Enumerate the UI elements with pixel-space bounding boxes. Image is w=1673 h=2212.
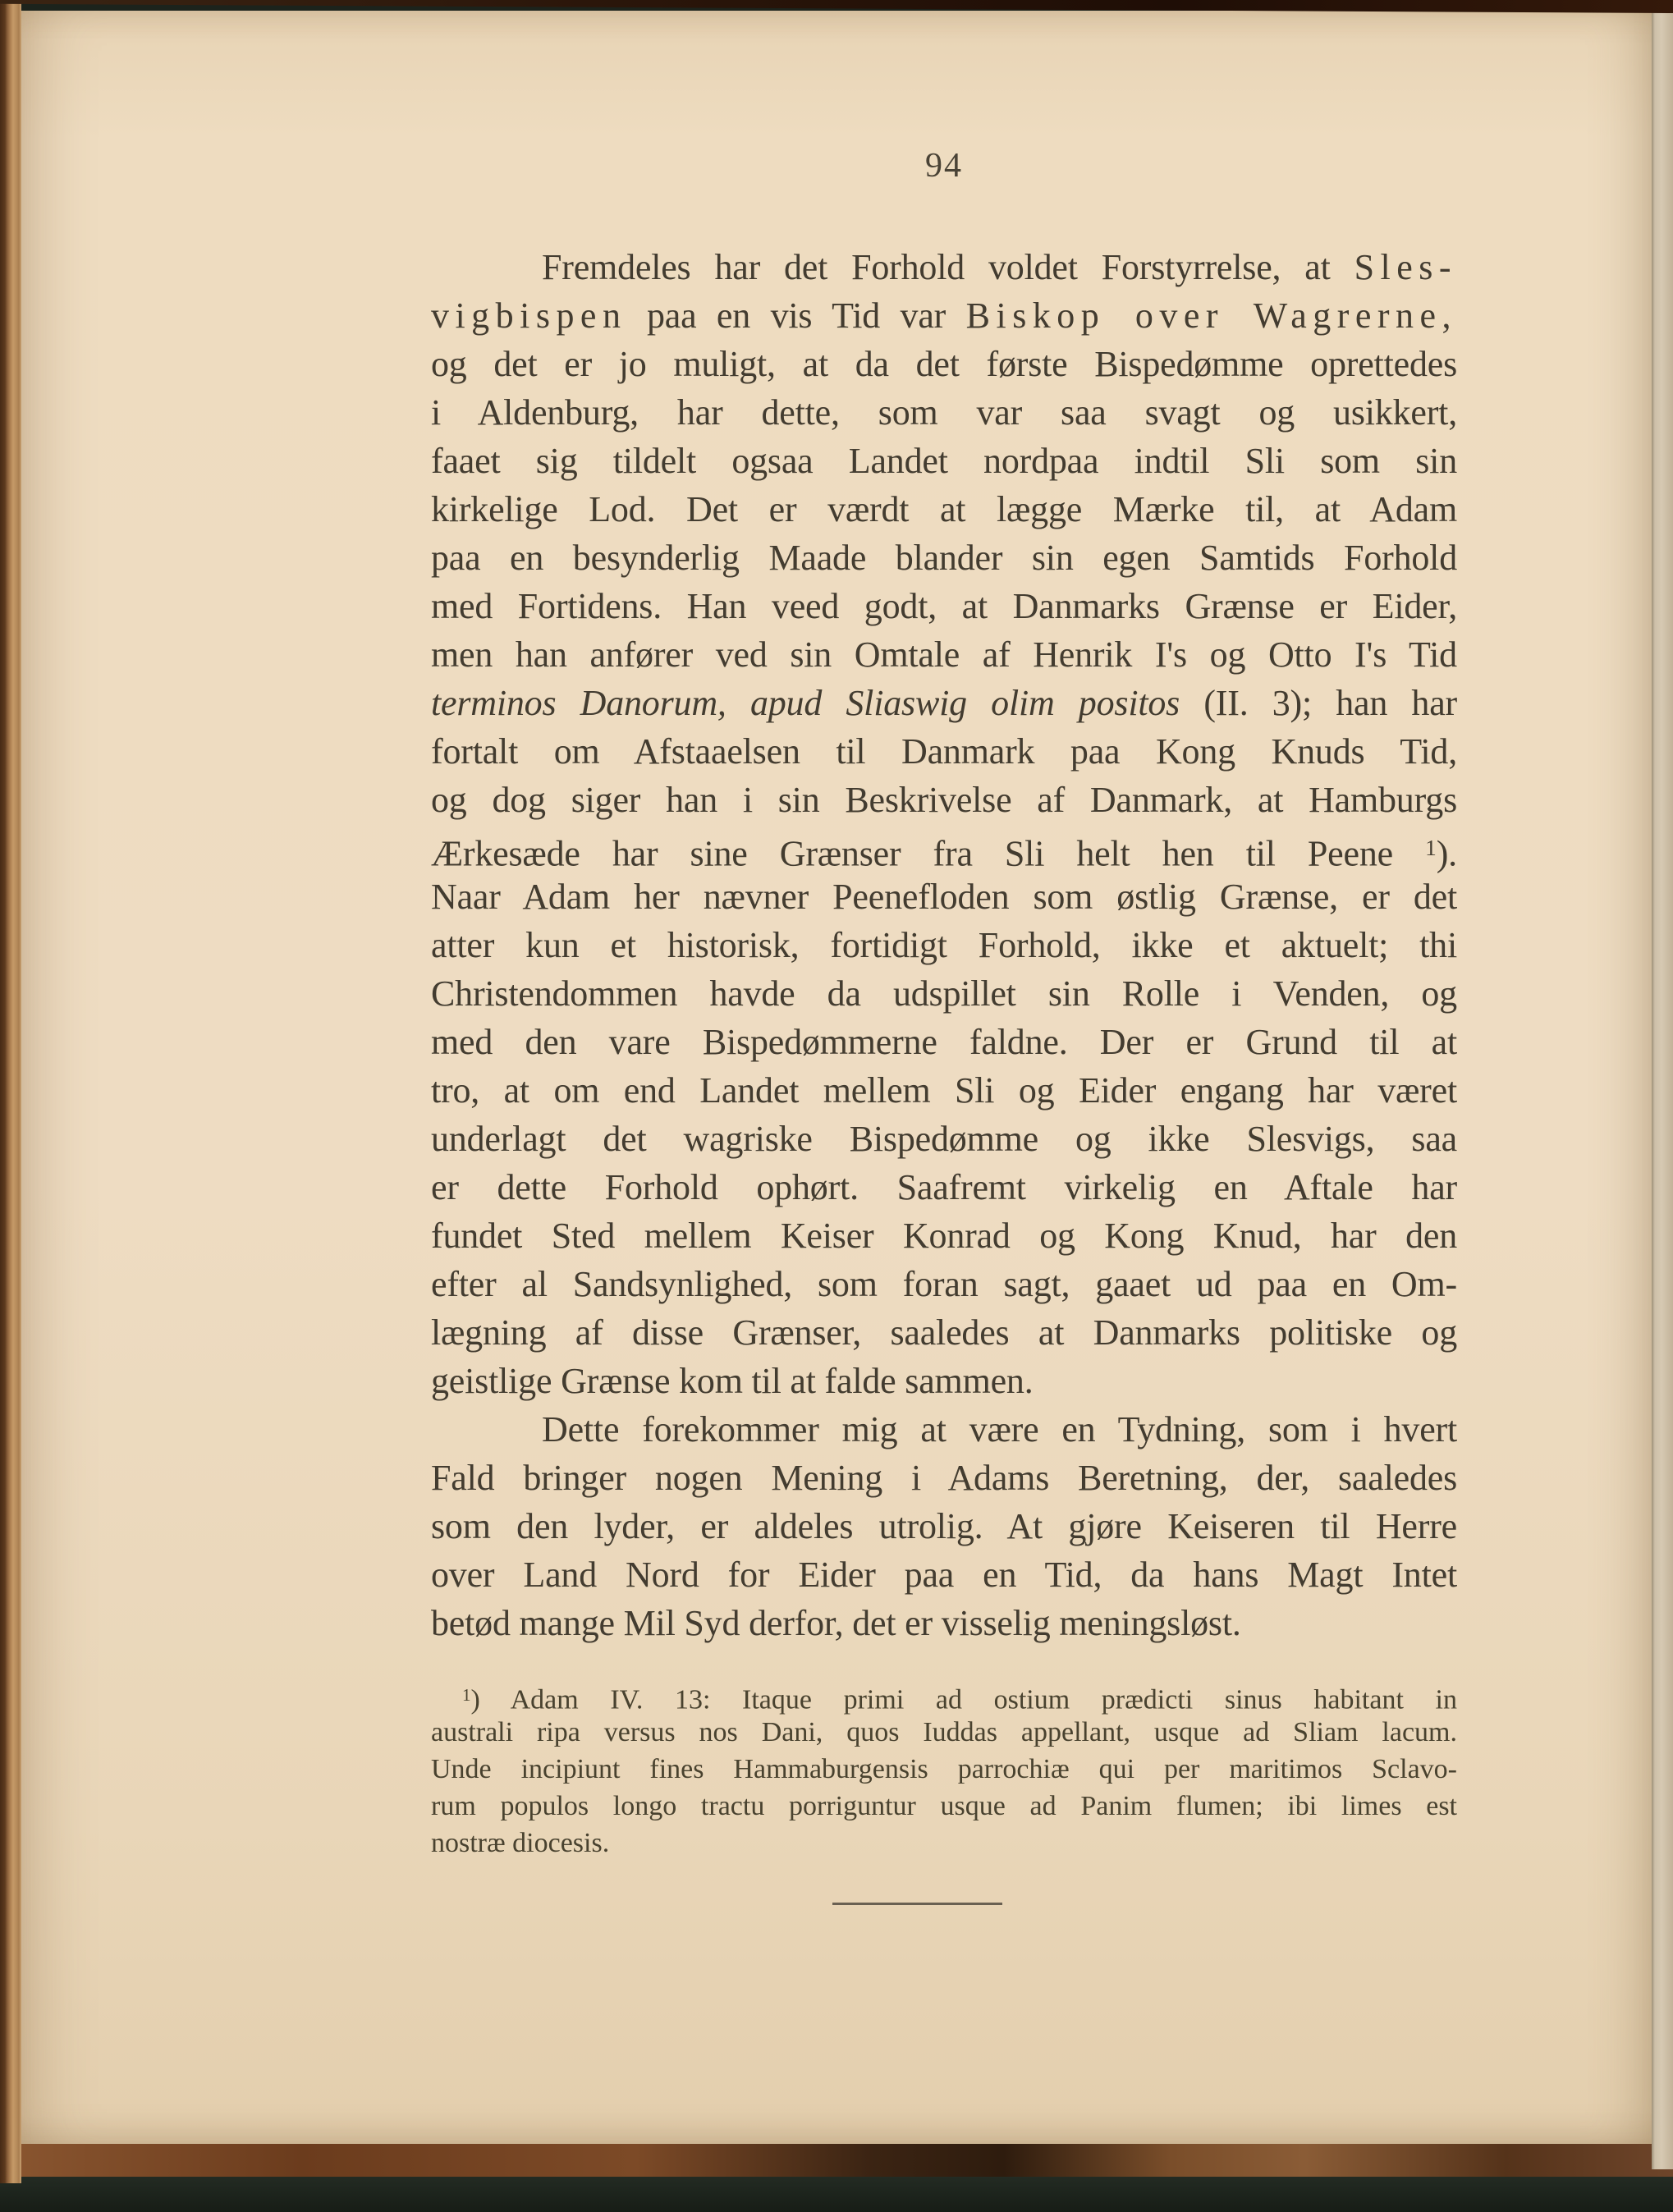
text-segment: og dog siger han i sin Beskrivelse af Da… <box>431 780 1457 820</box>
text-segment: tro, at om end Landet mellem Sli og Eide… <box>431 1070 1457 1111</box>
text-segment: Ærkesæde har sine Grænser fra Sli helt h… <box>431 833 1425 873</box>
text-line: og dog siger han i sin Beskrivelse af Da… <box>431 776 1457 824</box>
text-segment: fundet Sted mellem Keiser Konrad og Kong… <box>431 1216 1457 1256</box>
footnote-marker: 1 <box>1425 836 1437 860</box>
scanned-book-page: 94 Fremdeles har det Forhold voldet Fors… <box>0 0 1673 2212</box>
text-segment: Biskop over Wagrerne, <box>966 295 1457 336</box>
text-segment: betød mange Mil Syd derfor, det er visse… <box>431 1603 1241 1643</box>
text-line: over Land Nord for Eider paa en Tid, da … <box>431 1550 1457 1599</box>
text-line: Naar Adam her nævner Peenefloden som øst… <box>431 872 1457 921</box>
text-line: fortalt om Afstaaelsen til Danmark paa K… <box>431 727 1457 776</box>
text-segment: Fald bringer nogen Mening i Adams Beretn… <box>431 1458 1457 1498</box>
text-segment: fortalt om Afstaaelsen til Danmark paa K… <box>431 731 1457 772</box>
text-line: rum populos longo tractu porriguntur usq… <box>431 1788 1457 1825</box>
page-number: 94 <box>431 146 1457 185</box>
text-segment: Dette forekommer mig at være en Tydning,… <box>542 1409 1457 1449</box>
footnote: 1) Adam IV. 13: Itaque primi ad ostium p… <box>431 1677 1457 1862</box>
text-segment: paa en vis Tid var <box>626 295 965 336</box>
page-edge-stack-left <box>0 0 21 2183</box>
body-text: Fremdeles har det Forhold voldet Forstyr… <box>431 243 1457 1647</box>
text-line: vigbispen paa en vis Tid var Biskop over… <box>431 291 1457 340</box>
text-line: i Aldenburg, har dette, som var saa svag… <box>431 388 1457 437</box>
text-line: Dette forekommer mig at være en Tydning,… <box>431 1405 1457 1454</box>
text-line: Fremdeles har det Forhold voldet Forstyr… <box>431 243 1457 291</box>
text-segment: ) Adam IV. 13: Itaque primi ad ostium pr… <box>471 1684 1457 1715</box>
text-segment: underlagt det wagriske Bispedømme og ikk… <box>431 1119 1457 1159</box>
text-line: som den lyder, er aldeles utrolig. At gj… <box>431 1502 1457 1550</box>
text-segment: over Land Nord for Eider paa en Tid, da … <box>431 1555 1457 1595</box>
text-line: er dette Forhold ophørt. Saafremt virkel… <box>431 1163 1457 1211</box>
text-segment: paa en besynderlig Maade blander sin ege… <box>431 538 1457 578</box>
text-segment: rum populos longo tractu porriguntur usq… <box>431 1791 1457 1821</box>
text-segment: Christendommen havde da udspillet sin Ro… <box>431 973 1457 1014</box>
text-line: terminos Danorum, apud Sliaswig olim pos… <box>431 679 1457 727</box>
text-line: Fald bringer nogen Mening i Adams Beretn… <box>431 1454 1457 1502</box>
text-line: Unde incipiunt fines Hammaburgensis parr… <box>431 1751 1457 1788</box>
text-line: underlagt det wagriske Bispedømme og ikk… <box>431 1115 1457 1163</box>
page-edge-right <box>1652 11 1673 2169</box>
book-edge-bottom <box>0 2144 1673 2180</box>
text-line: Christendommen havde da udspillet sin Ro… <box>431 969 1457 1018</box>
text-segment: terminos Danorum, apud Sliaswig olim pos… <box>431 683 1180 723</box>
text-segment: med Fortidens. Han veed godt, at Danmark… <box>431 586 1457 626</box>
text-segment: ). <box>1437 833 1457 873</box>
text-segment: i Aldenburg, har dette, som var saa svag… <box>431 392 1457 433</box>
text-segment: men han anfører ved sin Omtale af Henrik… <box>431 634 1457 675</box>
text-line: med Fortidens. Han veed godt, at Danmark… <box>431 582 1457 630</box>
text-line: paa en besynderlig Maade blander sin ege… <box>431 534 1457 582</box>
text-line: lægning af disse Grænser, saaledes at Da… <box>431 1308 1457 1357</box>
text-segment: er dette Forhold ophørt. Saafremt virkel… <box>431 1167 1457 1207</box>
text-segment: som den lyder, er aldeles utrolig. At gj… <box>431 1506 1457 1546</box>
text-segment: lægning af disse Grænser, saaledes at Da… <box>431 1312 1457 1353</box>
text-line: efter al Sandsynlighed, som foran sagt, … <box>431 1260 1457 1308</box>
text-line: faaet sig tildelt ogsaa Landet nordpaa i… <box>431 437 1457 485</box>
text-line: nostræ diocesis. <box>431 1825 1457 1862</box>
text-line: atter kun et historisk, fortidigt Forhol… <box>431 921 1457 969</box>
divider-rule <box>832 1903 1002 1905</box>
text-segment: (II. 3); han har <box>1180 683 1457 723</box>
text-segment: med den vare Bispedømmerne faldne. Der e… <box>431 1022 1457 1062</box>
text-line: fundet Sted mellem Keiser Konrad og Kong… <box>431 1211 1457 1260</box>
text-segment: atter kun et historisk, fortidigt Forhol… <box>431 925 1457 965</box>
text-line: men han anfører ved sin Omtale af Henrik… <box>431 630 1457 679</box>
text-segment: vigbispen <box>431 295 626 336</box>
scan-background-bottom <box>0 2177 1673 2212</box>
text-line: med den vare Bispedømmerne faldne. Der e… <box>431 1018 1457 1066</box>
text-segment: faaet sig tildelt ogsaa Landet nordpaa i… <box>431 441 1457 481</box>
text-segment: geistlige Grænse kom til at falde sammen… <box>431 1361 1034 1401</box>
text-line: betød mange Mil Syd derfor, det er visse… <box>431 1599 1457 1647</box>
text-segment: kirkelige Lod. Det er værdt at lægge Mær… <box>431 489 1457 529</box>
footnote-marker: 1 <box>462 1685 471 1705</box>
text-line: geistlige Grænse kom til at falde sammen… <box>431 1357 1457 1405</box>
text-segment: Naar Adam her nævner Peenefloden som øst… <box>431 877 1457 917</box>
text-line: 1) Adam IV. 13: Itaque primi ad ostium p… <box>431 1677 1457 1714</box>
text-line: kirkelige Lod. Det er værdt at lægge Mær… <box>431 485 1457 534</box>
text-segment: Sles- <box>1354 247 1457 287</box>
text-segment: Fremdeles har det Forhold voldet Forstyr… <box>542 247 1354 287</box>
text-line: Ærkesæde har sine Grænser fra Sli helt h… <box>431 824 1457 872</box>
text-line: og det er jo muligt, at da det første Bi… <box>431 340 1457 388</box>
text-line: tro, at om end Landet mellem Sli og Eide… <box>431 1066 1457 1115</box>
text-segment: efter al Sandsynlighed, som foran sagt, … <box>431 1264 1457 1304</box>
text-segment: nostræ diocesis. <box>431 1828 609 1858</box>
text-segment: australi ripa versus nos Dani, quos Iudd… <box>431 1717 1457 1747</box>
text-segment: og det er jo muligt, at da det første Bi… <box>431 344 1457 384</box>
text-segment: Unde incipiunt fines Hammaburgensis parr… <box>431 1754 1457 1784</box>
text-line: australi ripa versus nos Dani, quos Iudd… <box>431 1714 1457 1751</box>
